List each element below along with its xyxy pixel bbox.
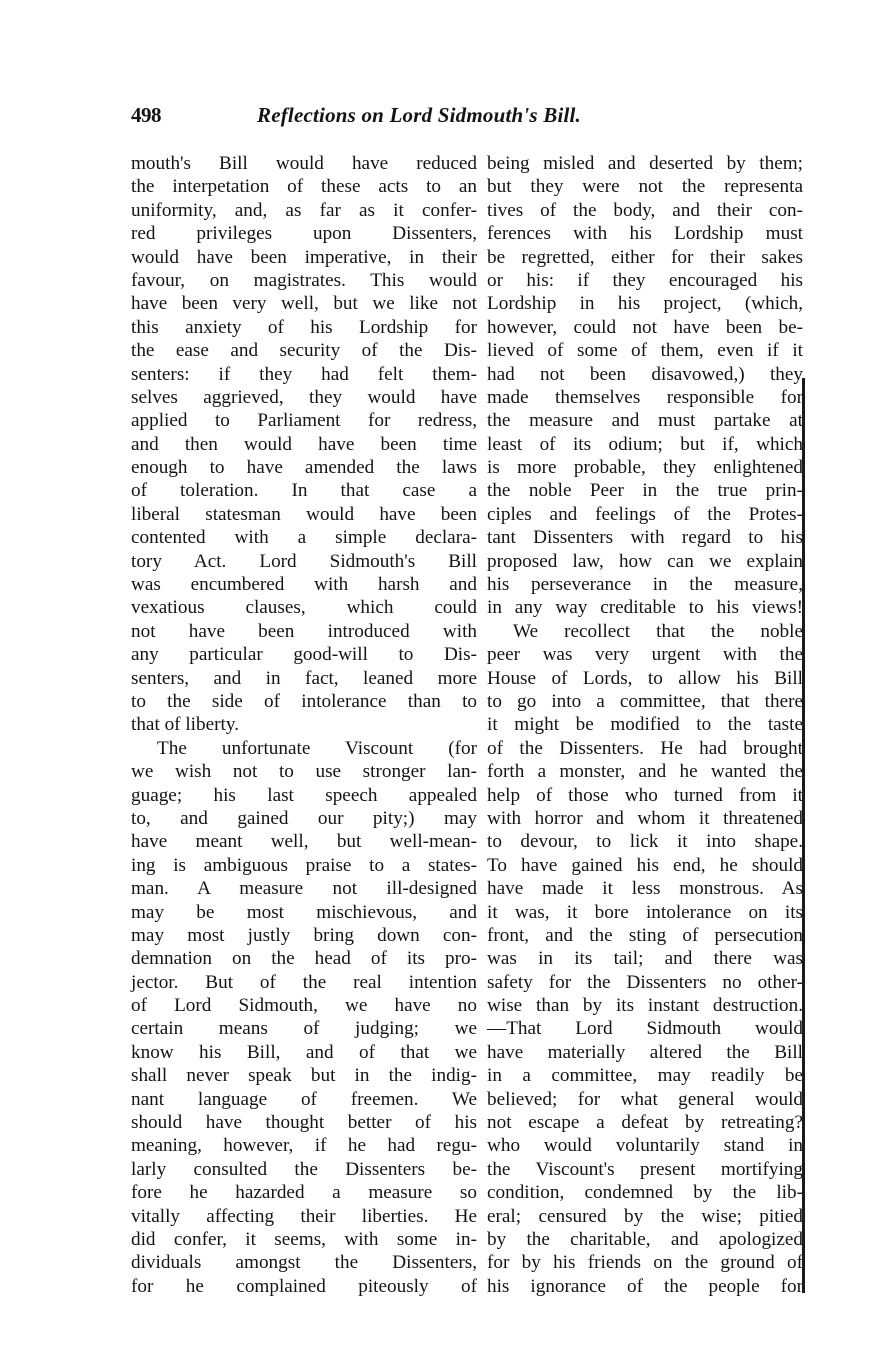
page-header: 498 Reflections on Lord Sidmouth's Bill. [131,103,811,133]
text-line: did confer, it seems, with some in- [131,1228,477,1251]
text-line: forth a monster, and he wanted the [487,760,803,783]
text-line: with horror and whom it threatened [487,807,803,830]
text-line: know his Bill, and of that we [131,1041,477,1064]
text-line: tives of the body, and their con- [487,199,803,222]
text-line: of the Dissenters. He had brought [487,737,803,760]
text-line: would have been imperative, in their [131,246,477,269]
text-line: tory Act. Lord Sidmouth's Bill [131,550,477,573]
left-column: mouth's Bill would have reducedthe inter… [131,152,477,1298]
text-line: have meant well, but well-mean- [131,830,477,853]
text-line: was encumbered with harsh and [131,573,477,596]
text-line: this anxiety of his Lordship for [131,316,477,339]
text-line: had not been disavowed,) they [487,363,803,386]
text-line: believed; for what general would [487,1088,803,1111]
text-line: be regretted, either for their sakes [487,246,803,269]
text-line: guage; his last speech appealed [131,784,477,807]
text-line: was in its tail; and there was [487,947,803,970]
text-line: peer was very urgent with the [487,643,803,666]
text-line: tant Dissenters with regard to his [487,526,803,549]
text-line: the measure and must partake at [487,409,803,432]
text-line: House of Lords, to allow his Bill [487,667,803,690]
text-line: To have gained his end, he should [487,854,803,877]
text-line: the Viscount's present mortifying [487,1158,803,1181]
text-line: larly consulted the Dissenters be- [131,1158,477,1181]
text-line: or his: if they encouraged his [487,269,803,292]
text-line: the ease and security of the Dis- [131,339,477,362]
text-line: in any way creditable to his views! [487,596,803,619]
text-line: in a committee, may readily be [487,1064,803,1087]
right-column: being misled and deserted by them;but th… [487,152,803,1298]
text-line: have made it less monstrous. As [487,877,803,900]
text-line: is more probable, they enlightened [487,456,803,479]
text-line: have materially altered the Bill [487,1041,803,1064]
text-line: vitally affecting their liberties. He [131,1205,477,1228]
text-line: liberal statesman would have been [131,503,477,526]
text-line: his perseverance in the measure, [487,573,803,596]
text-line: the interpetation of these acts to an [131,175,477,198]
text-line: any particular good-will to Dis- [131,643,477,666]
text-line: ing is ambiguous praise to a states- [131,854,477,877]
text-line: to devour, to lick it into shape. [487,830,803,853]
text-line: enough to have amended the laws [131,456,477,479]
text-line: senters: if they had felt them- [131,363,477,386]
text-line: We recollect that the noble [487,620,803,643]
text-line: his ignorance of the people for [487,1275,803,1298]
text-line: shall never speak but in the indig- [131,1064,477,1087]
text-line: certain means of judging; we [131,1017,477,1040]
text-line: to go into a committee, that there [487,690,803,713]
text-line: for by his friends on the ground of [487,1251,803,1274]
text-line: fore he hazarded a measure so [131,1181,477,1204]
text-line: proposed law, how can we explain [487,550,803,573]
text-line: dividuals amongst the Dissenters, [131,1251,477,1274]
text-line: man. A measure not ill-designed [131,877,477,900]
text-line: to, and gained our pity;) may [131,807,477,830]
text-line: jector. But of the real intention [131,971,477,994]
text-line: red privileges upon Dissenters, [131,222,477,245]
page-number: 498 [131,103,161,128]
text-line: it was, it bore intolerance on its [487,901,803,924]
text-line: not have been introduced with [131,620,477,643]
text-line: not escape a defeat by retreating? [487,1111,803,1134]
text-line: being misled and deserted by them; [487,152,803,175]
text-line: lieved of some of them, even if it [487,339,803,362]
text-line: but they were not the representa [487,175,803,198]
running-title: Reflections on Lord Sidmouth's Bill. [257,103,581,128]
text-line: favour, on magistrates. This would [131,269,477,292]
text-line: uniformity, and, as far as it confer- [131,199,477,222]
text-line: meaning, however, if he had regu- [131,1134,477,1157]
text-line: wise than by its instant destruction. [487,994,803,1017]
text-line: ciples and feelings of the Protes- [487,503,803,526]
text-line: of Lord Sidmouth, we have no [131,994,477,1017]
text-line: —That Lord Sidmouth would [487,1017,803,1040]
text-line: The unfortunate Viscount (for [131,737,477,760]
text-line: and then would have been time [131,433,477,456]
text-line: may be most mischievous, and [131,901,477,924]
scanned-book-page: 498 Reflections on Lord Sidmouth's Bill.… [0,0,873,1367]
text-line: the noble Peer in the true prin- [487,479,803,502]
text-line: should have thought better of his [131,1111,477,1134]
text-line: may most justly bring down con- [131,924,477,947]
text-line: ferences with his Lordship must [487,222,803,245]
text-line: vexatious clauses, which could [131,596,477,619]
text-line: selves aggrieved, they would have [131,386,477,409]
text-line: by the charitable, and apologized [487,1228,803,1251]
text-line: who would voluntarily stand in [487,1134,803,1157]
text-line: that of liberty. [131,713,477,736]
text-line: for he complained piteously of [131,1275,477,1298]
text-line: condition, condemned by the lib- [487,1181,803,1204]
text-line: however, could not have been be- [487,316,803,339]
text-line: of toleration. In that case a [131,479,477,502]
text-line: have been very well, but we like not [131,292,477,315]
text-line: demnation on the head of its pro- [131,947,477,970]
text-line: help of those who turned from it [487,784,803,807]
text-line: senters, and in fact, leaned more [131,667,477,690]
text-line: we wish not to use stronger lan- [131,760,477,783]
text-line: it might be modified to the taste [487,713,803,736]
text-line: made themselves responsible for [487,386,803,409]
text-line: least of its odium; but if, which [487,433,803,456]
text-line: applied to Parliament for redress, [131,409,477,432]
page-edge-rule [802,378,805,1293]
text-line: eral; censured by the wise; pitied [487,1205,803,1228]
text-line: Lordship in his project, (which, [487,292,803,315]
text-line: contented with a simple declara- [131,526,477,549]
text-line: front, and the sting of persecution [487,924,803,947]
text-line: safety for the Dissenters no other- [487,971,803,994]
text-line: nant language of freemen. We [131,1088,477,1111]
text-line: to the side of intolerance than to [131,690,477,713]
text-line: mouth's Bill would have reduced [131,152,477,175]
